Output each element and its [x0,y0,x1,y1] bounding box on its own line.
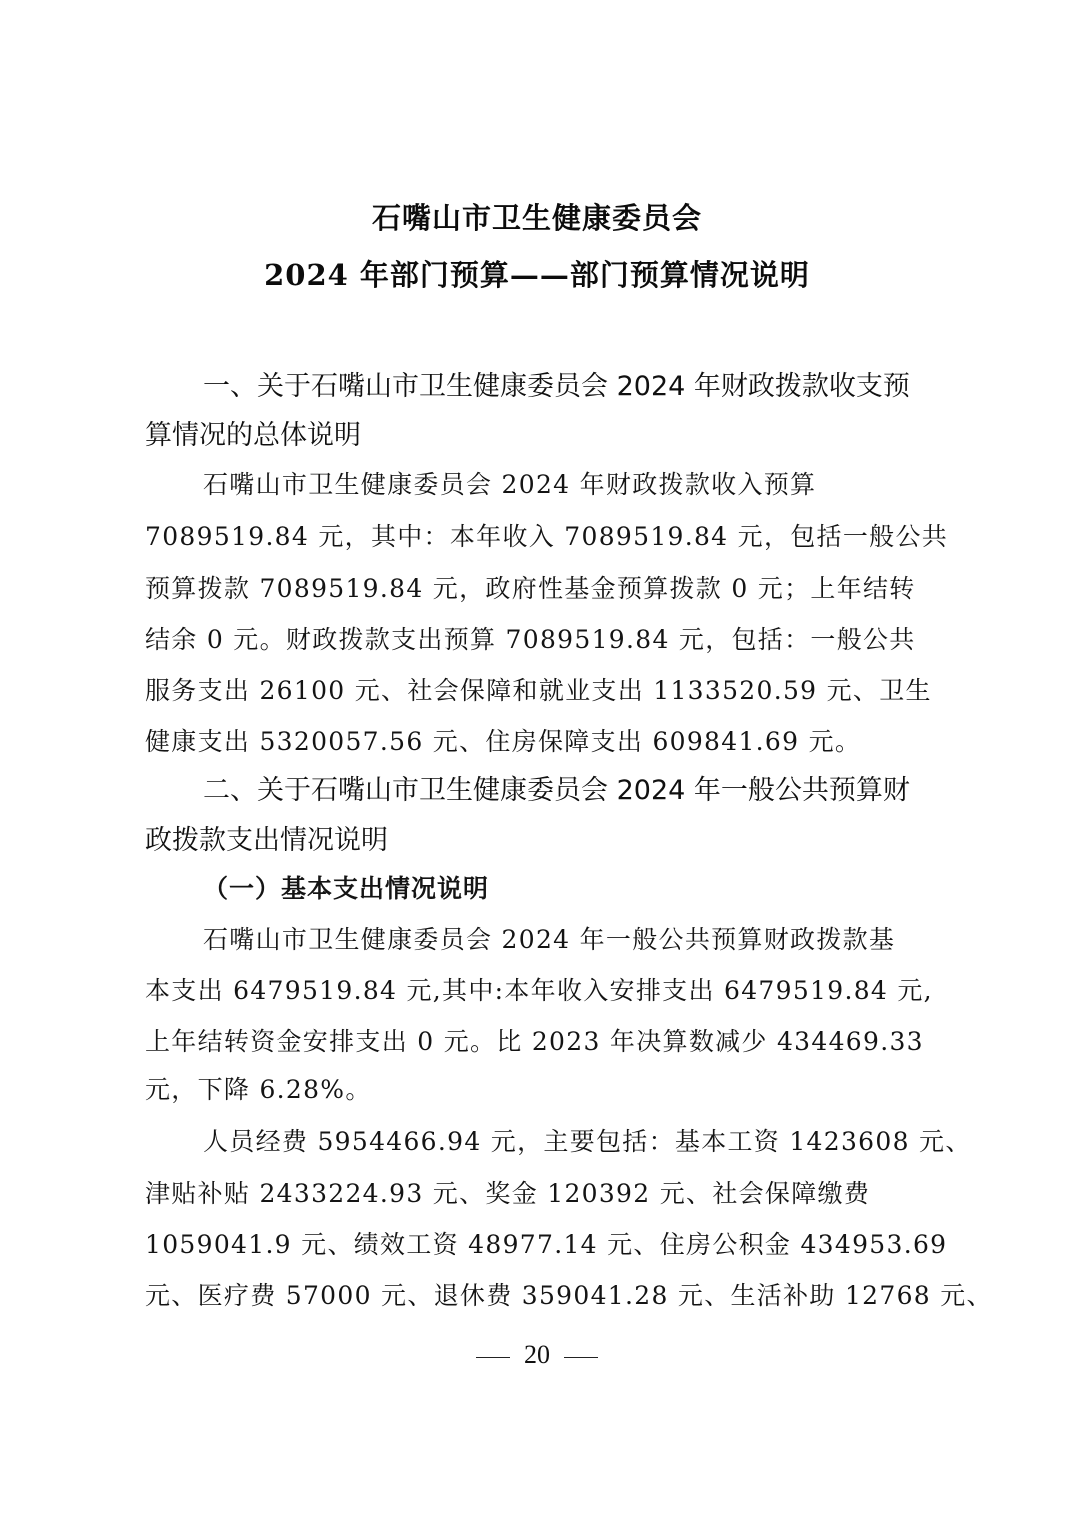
paragraph-line: 元，下降 6.28%。 [145,1070,945,1106]
document-title-line1: 石嘴山市卫生健康委员会 [0,196,1074,237]
section1-heading: 一、关于石嘴山市卫生健康委员会 2024 年财政拨款收支预 [203,364,1003,403]
paragraph-line: 7089519.84 元，其中：本年收入 7089519.84 元，包括一般公共 [145,517,945,553]
section2-heading: 二、关于石嘴山市卫生健康委员会 2024 年一般公共预算财 [203,768,1003,807]
page-number: 20 [524,1340,550,1369]
paragraph-line: 健康支出 5320057.56 元、住房保障支出 609841.69 元。 [145,722,945,758]
paragraph-line: 石嘴山市卫生健康委员会 2024 年财政拨款收入预算 [203,465,1003,501]
paragraph-line: 结余 0 元。财政拨款支出预算 7089519.84 元，包括：一般公共 [145,620,945,656]
paragraph-line: 石嘴山市卫生健康委员会 2024 年一般公共预算财政拨款基 [203,920,1003,956]
document-title-line2: 2024 年部门预算——部门预算情况说明 [0,253,1074,294]
page-number-footer: 20 [0,1340,1074,1370]
paragraph-line: 人员经费 5954466.94 元，主要包括：基本工资 1423608 元、 [203,1122,1003,1158]
paragraph-line: 上年结转资金安排支出 0 元。比 2023 年决算数减少 434469.33 [145,1022,945,1058]
section2-heading-cont: 政拨款支出情况说明 [145,818,945,857]
section1-heading-cont: 算情况的总体说明 [145,413,945,452]
paragraph-line: 本支出 6479519.84 元,其中:本年收入安排支出 6479519.84 … [145,971,945,1007]
paragraph-line: 服务支出 26100 元、社会保障和就业支出 1133520.59 元、卫生 [145,671,945,707]
paragraph-line: 1059041.9 元、绩效工资 48977.14 元、住房公积金 434953… [145,1225,945,1261]
paragraph-line: 津贴补贴 2433224.93 元、奖金 120392 元、社会保障缴费 [145,1174,945,1210]
dash-decoration [564,1357,598,1358]
paragraph-line: 元、医疗费 57000 元、退休费 359041.28 元、生活补助 12768… [145,1276,945,1312]
paragraph-line: 预算拨款 7089519.84 元，政府性基金预算拨款 0 元；上年结转 [145,569,945,605]
subsection-heading: （一）基本支出情况说明 [203,869,1003,905]
document-page: 石嘴山市卫生健康委员会 2024 年部门预算——部门预算情况说明 一、关于石嘴山… [0,0,1074,1520]
dash-decoration [476,1357,510,1358]
